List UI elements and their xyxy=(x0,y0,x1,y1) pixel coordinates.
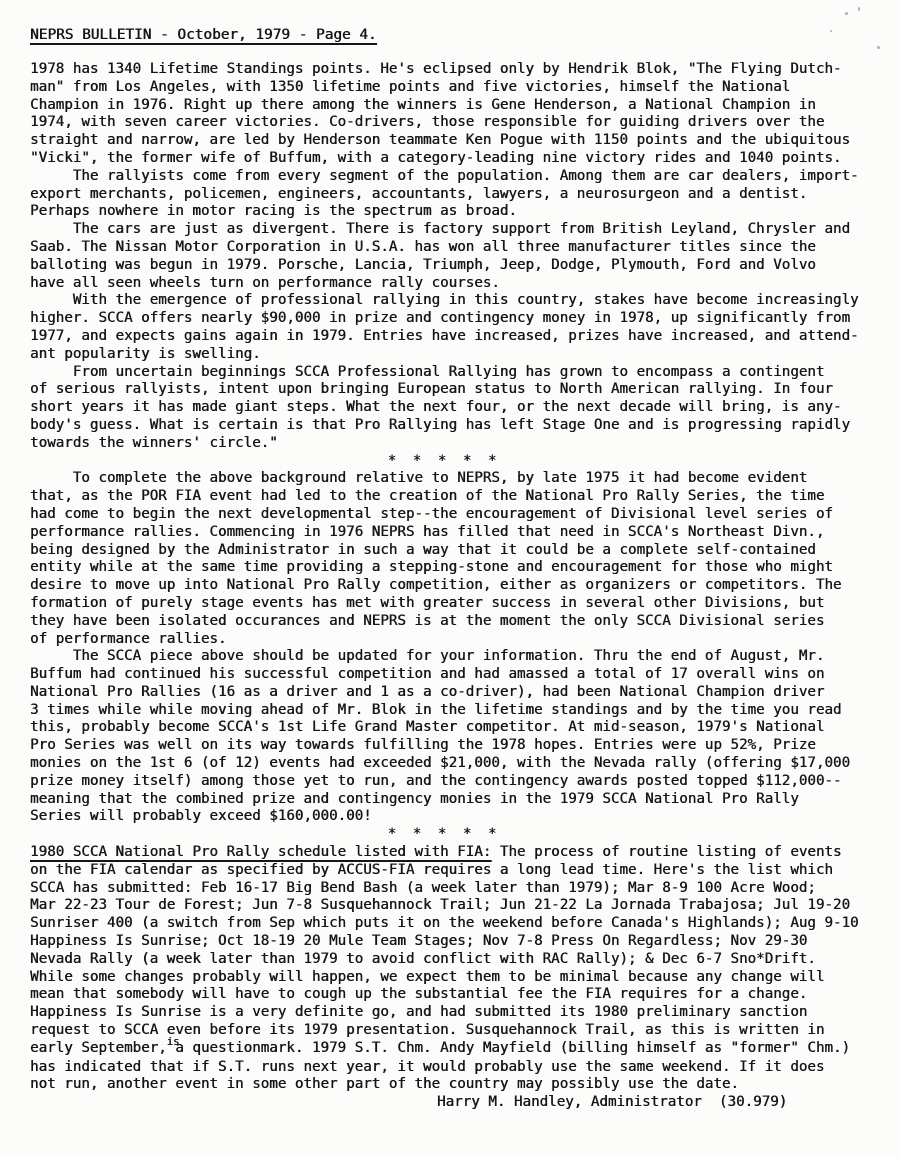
text-line: National Pro Rallies (16 as a driver and… xyxy=(30,684,900,702)
text-line: higher. SCCA offers nearly $90,000 in pr… xyxy=(30,310,900,328)
text-line: From uncertain beginnings SCCA Professio… xyxy=(30,364,900,382)
text-line: on the FIA calendar as specified by ACCU… xyxy=(30,862,900,880)
text-line: performance rallies. Commencing in 1976 … xyxy=(30,524,900,542)
text-line: Pro Series was well on its way towards f… xyxy=(30,737,900,755)
text-line: formation of purely stage events has met… xyxy=(30,595,900,613)
text-line: Series will probably exceed $160,000.00! xyxy=(30,808,900,826)
document-body: 1978 has 1340 Lifetime Standings points.… xyxy=(30,61,900,1112)
text-line: The rallyists come from every segment of… xyxy=(30,168,900,186)
text-line: that, as the POR FIA event had led to th… xyxy=(30,488,900,506)
text-line: of performance rallies. xyxy=(30,631,900,649)
signature-line: Harry M. Handley, Administrator (30.979) xyxy=(30,1094,900,1112)
text-line: Champion in 1976. Right up there among t… xyxy=(30,97,900,115)
paragraph: From uncertain beginnings SCCA Professio… xyxy=(30,364,900,453)
text-line: Saab. The Nissan Motor Corporation in U.… xyxy=(30,239,900,257)
paragraph: To complete the above background relativ… xyxy=(30,470,900,648)
text-line: prize money itself) among those yet to r… xyxy=(30,773,900,791)
text-line: monies on the 1st 6 (of 12) events had e… xyxy=(30,755,900,773)
text-line: 3 times while while moving ahead of Mr. … xyxy=(30,702,900,720)
text-line: While some changes probably will happen,… xyxy=(30,969,900,987)
text-line: they have been isolated occurances and N… xyxy=(30,613,900,631)
text-line: entity while at the same time providing … xyxy=(30,559,900,577)
text-line: "Vicki", the former wife of Buffum, with… xyxy=(30,150,900,168)
text-line: balloting was begun in 1979. Porsche, La… xyxy=(30,257,900,275)
text-line: request to SCCA even before its 1979 pre… xyxy=(30,1022,900,1040)
page-title: NEPRS BULLETIN - October, 1979 - Page 4. xyxy=(30,26,377,44)
text-line: The SCCA piece above should be updated f… xyxy=(30,648,900,666)
text-line: early September,is a questionmark. 1979 … xyxy=(30,1040,900,1059)
text-line: 1977, and expects gains again in 1979. E… xyxy=(30,328,900,346)
section-heading: 1980 SCCA National Pro Rally schedule li… xyxy=(30,844,491,860)
text-line: have all seen wheels turn on performance… xyxy=(30,275,900,293)
bulletin-page: NEPRS BULLETIN - October, 1979 - Page 4.… xyxy=(0,0,900,1158)
text-line: man" from Los Angeles, with 1350 lifetim… xyxy=(30,79,900,97)
text-line: Happiness Is Sunrise is a very definite … xyxy=(30,1004,900,1022)
text-line: of serious rallyists, intent upon bringi… xyxy=(30,381,900,399)
text-line: desire to move up into National Pro Rall… xyxy=(30,577,900,595)
text-line: body's guess. What is certain is that Pr… xyxy=(30,417,900,435)
text-line: straight and narrow, are led by Henderso… xyxy=(30,132,900,150)
text-line: Happiness Is Sunrise; Oct 18-19 20 Mule … xyxy=(30,933,900,951)
text-line: towards the winners' circle." xyxy=(30,435,900,453)
paragraph: The SCCA piece above should be updated f… xyxy=(30,648,900,826)
paragraph: 1980 SCCA National Pro Rally schedule li… xyxy=(30,844,900,1094)
photocopy-speck xyxy=(877,46,880,49)
text-line: short years it has made giant steps. Wha… xyxy=(30,399,900,417)
text-line: 1974, with seven career victories. Co-dr… xyxy=(30,114,900,132)
text-line: With the emergence of professional rally… xyxy=(30,292,900,310)
text-line: ant popularity is swelling. xyxy=(30,346,900,364)
page-content: NEPRS BULLETIN - October, 1979 - Page 4.… xyxy=(0,0,900,1112)
text-line: Buffum had continued his successful comp… xyxy=(30,666,900,684)
text-line: To complete the above background relativ… xyxy=(30,470,900,488)
text-line: not run, another event in some other par… xyxy=(30,1076,900,1094)
section-separator: * * * * * xyxy=(30,826,858,844)
text-line: The cars are just as divergent. There is… xyxy=(30,221,900,239)
photocopy-speck xyxy=(858,7,860,11)
paragraph: With the emergence of professional rally… xyxy=(30,292,900,363)
text-line: being designed by the Administrator in s… xyxy=(30,542,900,560)
text-line: has indicated that if S.T. runs next yea… xyxy=(30,1059,900,1077)
paragraph: 1978 has 1340 Lifetime Standings points.… xyxy=(30,61,900,168)
text-line: export merchants, policemen, engineers, … xyxy=(30,186,900,204)
paragraph: The rallyists come from every segment of… xyxy=(30,168,900,221)
text-line: Perhaps nowhere in motor racing is the s… xyxy=(30,203,900,221)
text-line: Nevada Rally (a week later than 1979 to … xyxy=(30,951,900,969)
text-line: Mar 22-23 Tour de Forest; Jun 7-8 Susque… xyxy=(30,897,900,915)
paragraph: The cars are just as divergent. There is… xyxy=(30,221,900,292)
text-line: Sunriser 400 (a switch from Sep which pu… xyxy=(30,915,900,933)
text-line: 1978 has 1340 Lifetime Standings points.… xyxy=(30,61,900,79)
text-line: had come to begin the next developmental… xyxy=(30,506,900,524)
photocopy-speck xyxy=(830,30,832,32)
text-line: mean that somebody will have to cough up… xyxy=(30,986,900,1004)
text-line: 1980 SCCA National Pro Rally schedule li… xyxy=(30,844,900,862)
section-separator: * * * * * xyxy=(30,453,858,471)
photocopy-speck xyxy=(845,12,848,15)
text-line: meaning that the combined prize and cont… xyxy=(30,791,900,809)
text-line: SCCA has submitted: Feb 16-17 Big Bend B… xyxy=(30,880,900,898)
text-line: this, probably become SCCA's 1st Life Gr… xyxy=(30,719,900,737)
